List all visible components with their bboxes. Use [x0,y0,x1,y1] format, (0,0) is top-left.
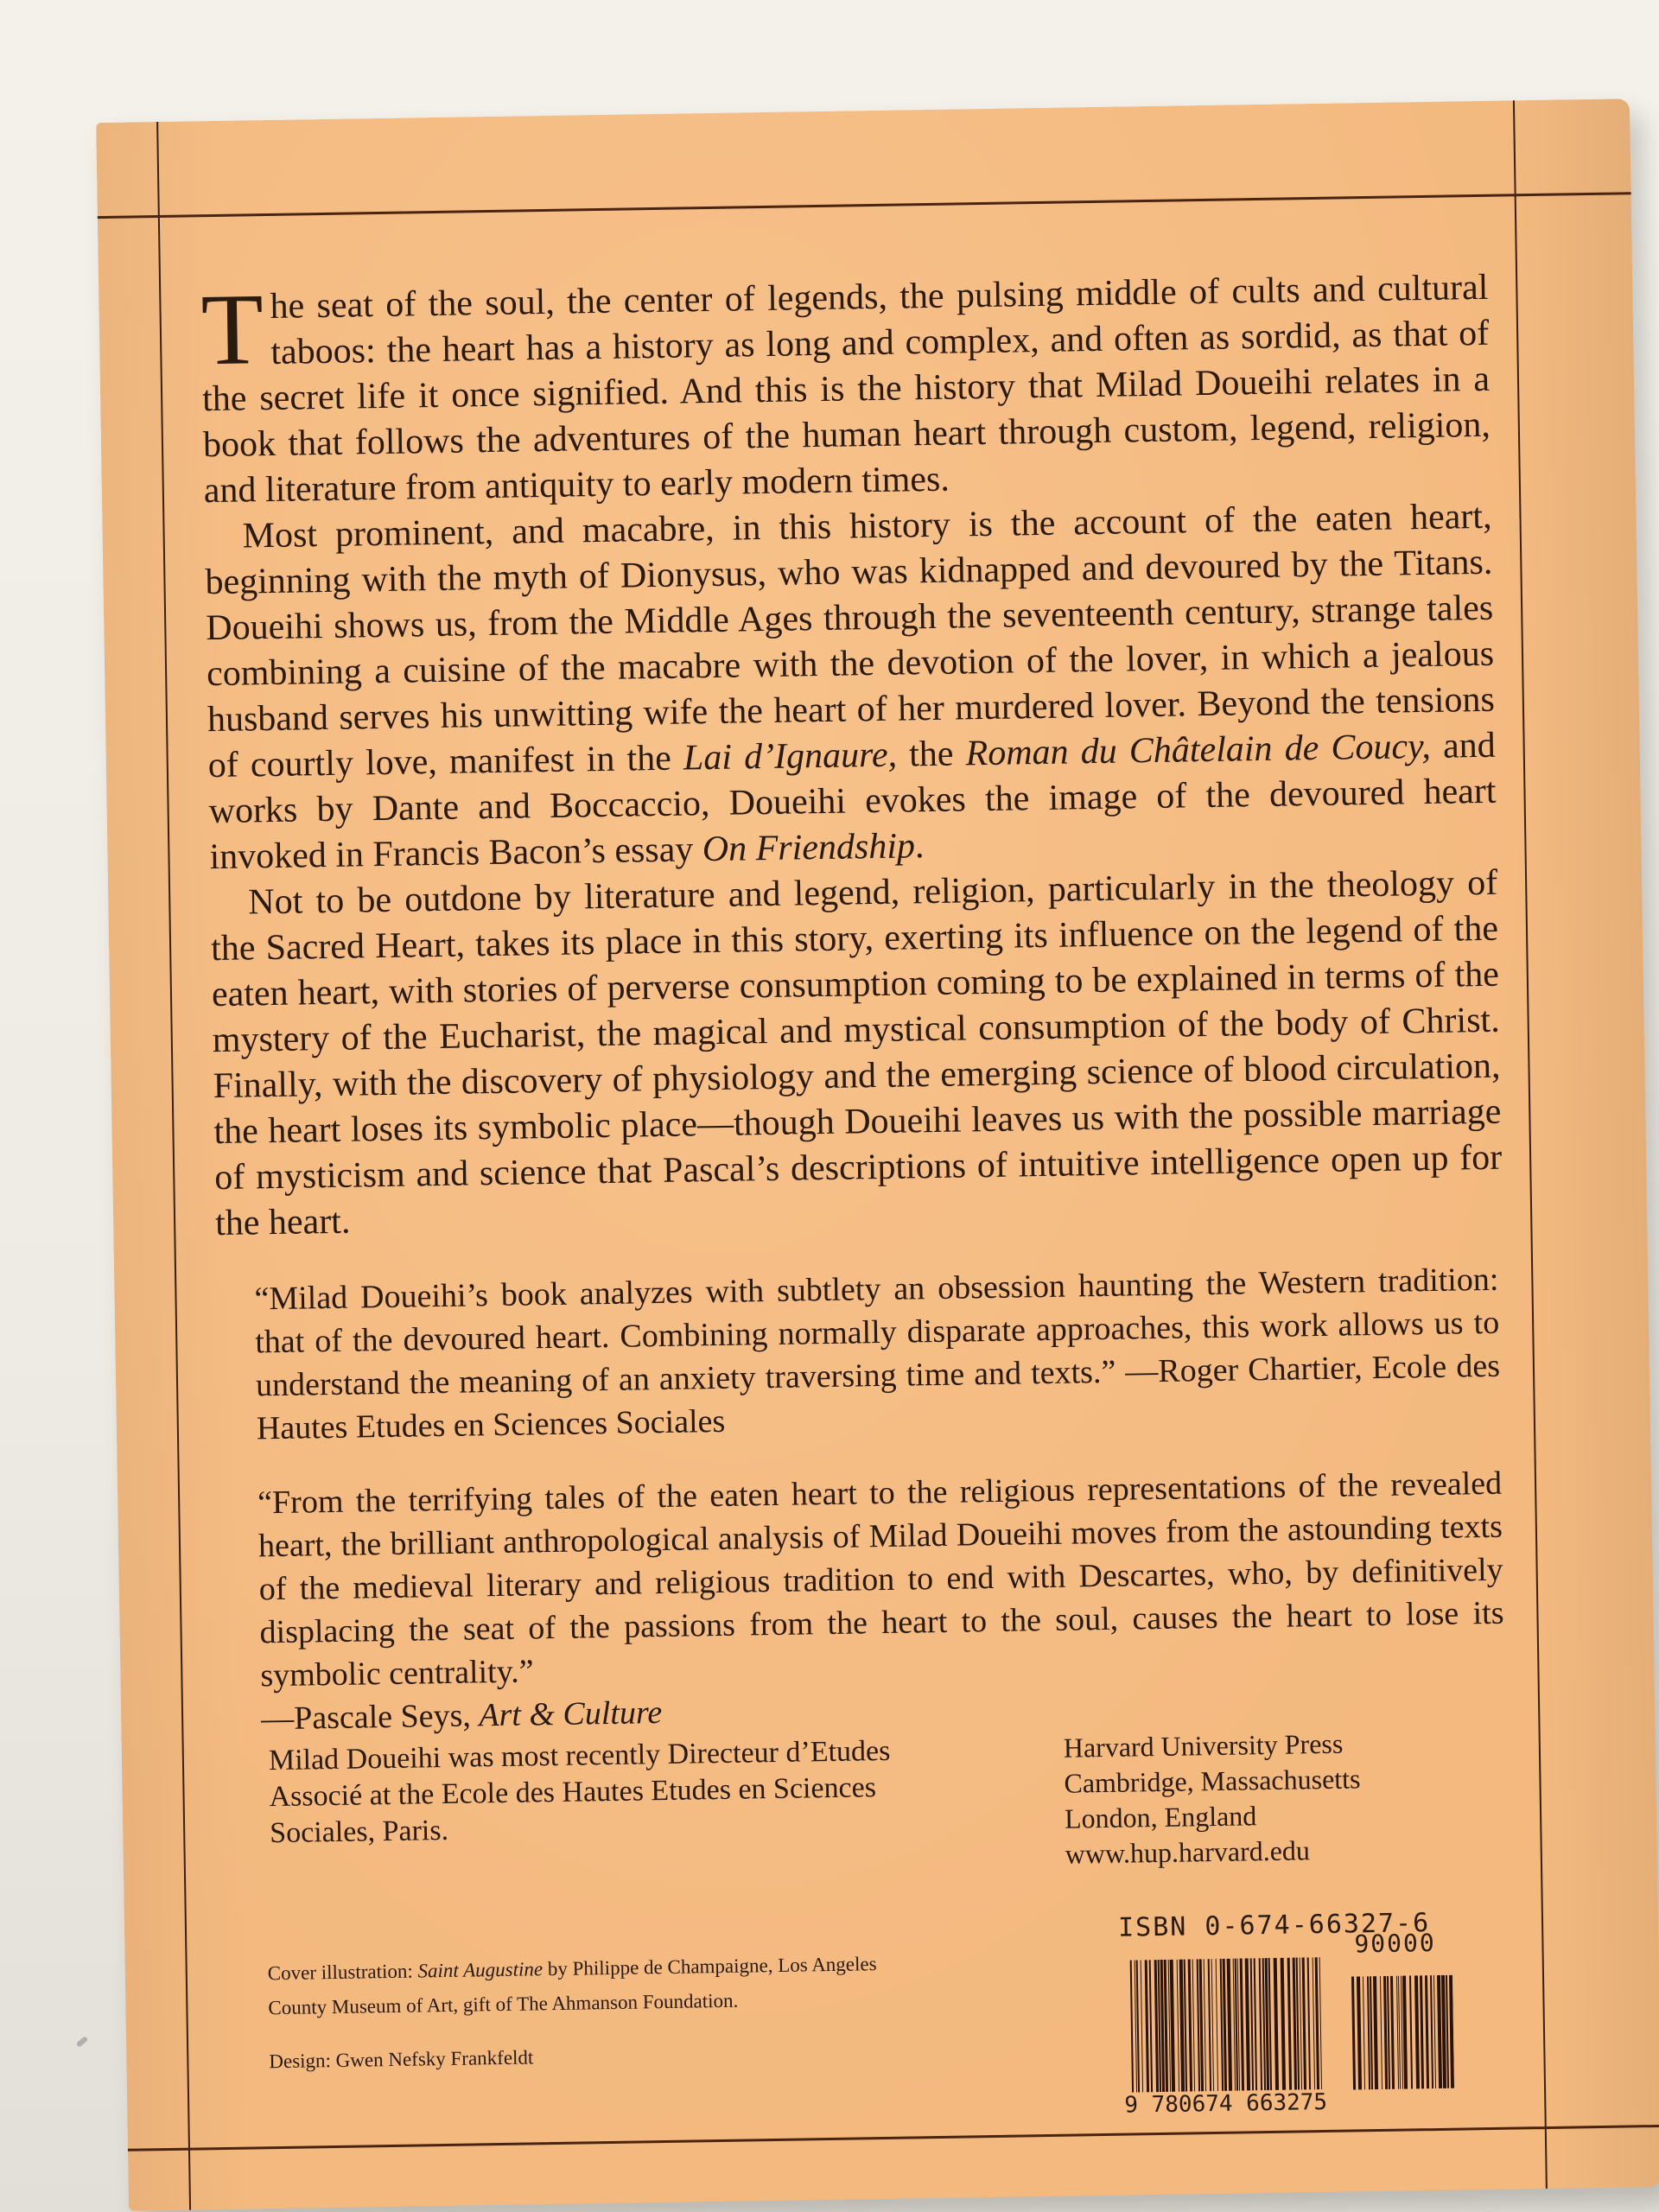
drop-cap: T [200,289,264,370]
blurb-paragraph-1: The seat of the soul, the center of lege… [200,265,1491,514]
ean-barcode-bars [1129,1957,1329,2107]
barcode: ISBN 0-674-66327-6 90000 9 780674 663275 [1109,1907,1484,2120]
credits: Cover illustration: Saint Augustine by P… [267,1946,925,2079]
review-quote-1: “Milad Doueihi’s book analyzes with subt… [254,1258,1501,1451]
attribution-source: Art & Culture [479,1694,662,1733]
addon-barcode-bars [1351,1975,1454,2104]
review-quote-2: “From the terrifying tales of the eaten … [257,1462,1506,1741]
blurb-text: he seat of the soul, the center of legen… [202,268,1491,511]
frame-rule-top [98,192,1631,219]
quote-text: “From the terrifying tales of the eaten … [257,1465,1504,1694]
ean-digits: 9 780674 663275 [1122,2089,1329,2119]
blurb-text: the [897,734,966,774]
frame-rule-left [156,122,191,2210]
cover-credit: Cover illustration: Saint Augustine by P… [267,1946,925,2025]
publisher-city-2: London, England [1065,1796,1428,1837]
publisher-block: Harvard University Press Cambridge, Mass… [1063,1725,1428,1872]
book-back-cover: The seat of the soul, the center of lege… [96,99,1659,2211]
publisher-name: Harvard University Press [1063,1725,1427,1766]
frame-rule-right [1513,100,1548,2189]
bio-publisher-row: Milad Doueihi was most recently Directeu… [260,1724,1507,1916]
work-title: Lai d’Ignaure, [683,735,898,779]
author-bio: Milad Doueihi was most recently Directeu… [269,1733,893,1852]
blurb-paragraph-2: Most prominent, and macabre, in this his… [204,494,1497,880]
publisher-city: Cambridge, Massachusetts [1064,1760,1427,1802]
blurb: The seat of the soul, the center of lege… [200,265,1510,1741]
price-addon-digits: 90000 [1354,1929,1436,1958]
design-credit: Design: Gwen Nefsky Frankfeldt [269,2034,926,2079]
artwork-title: Saint Augustine [417,1958,543,1981]
frame-rule-bottom [128,2125,1659,2152]
attribution-name: —Pascale Seys, [261,1697,480,1737]
wall-smudge [76,2036,89,2048]
publisher-url: www.hup.harvard.edu [1065,1831,1428,1872]
blurb-paragraph-3: Not to be outdone by literature and lege… [210,861,1503,1247]
credit-label: Cover illustration: [268,1961,418,1985]
work-title: Roman du Châtelain de Coucy, [965,727,1431,773]
blurb-text: . [915,826,925,866]
work-title: On Friendship [702,826,915,869]
